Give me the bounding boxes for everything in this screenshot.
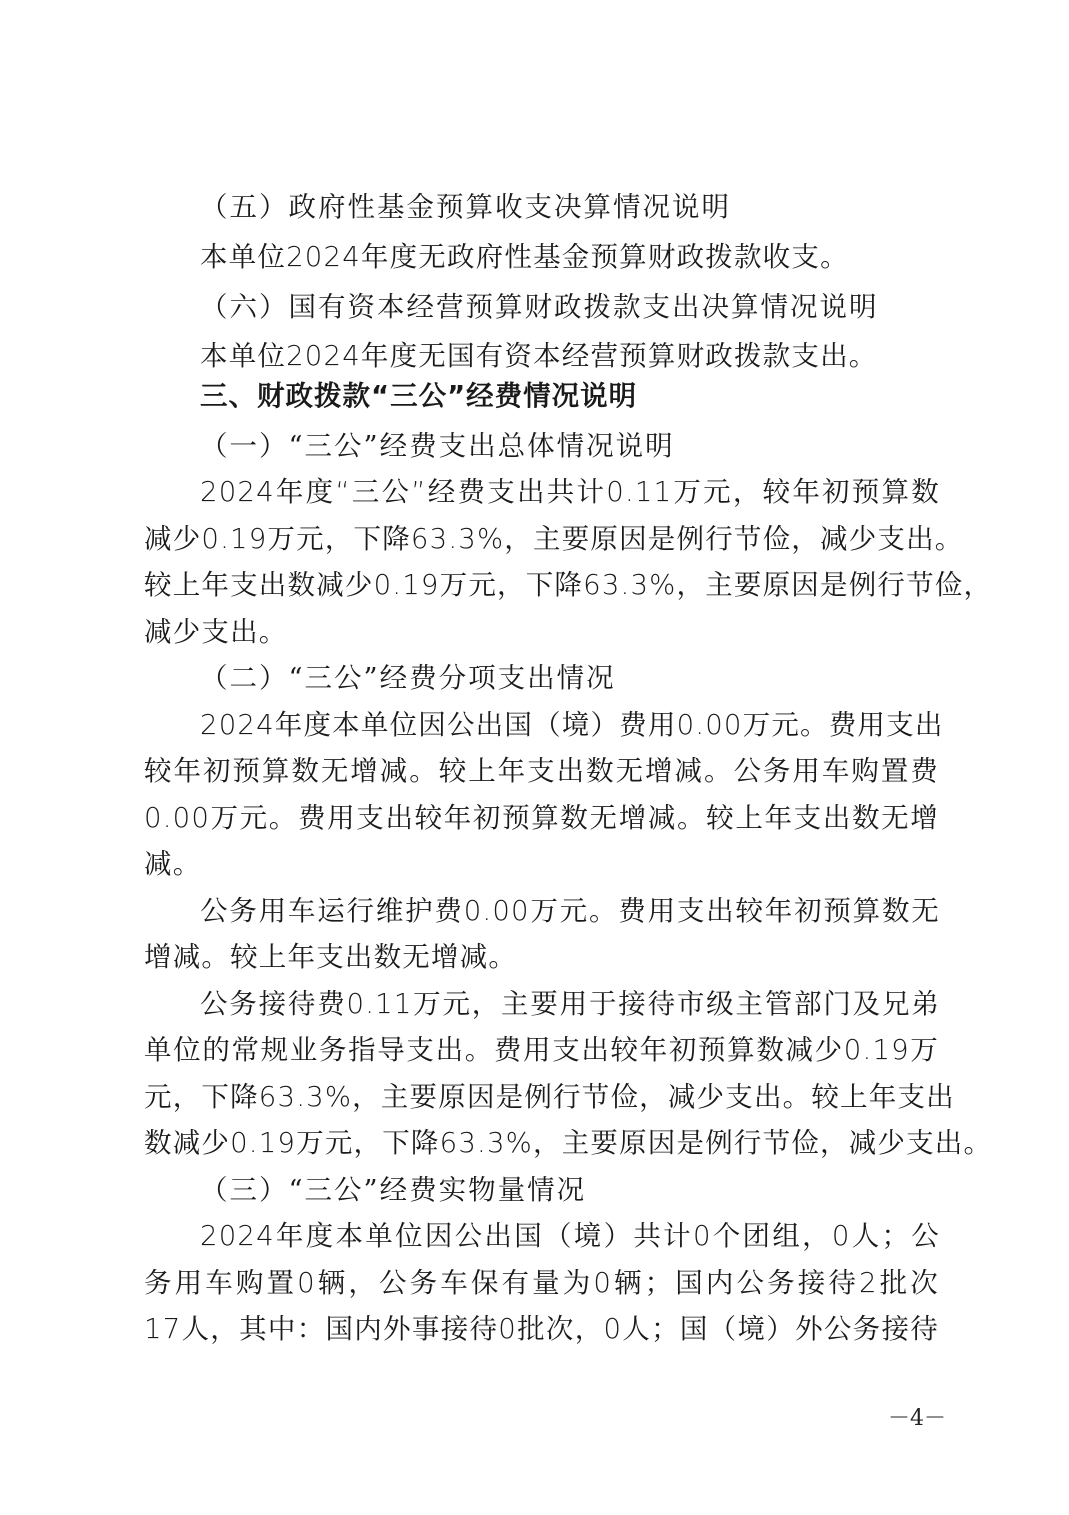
paragraph-line: 2024年度“三公”经费支出共计0.11万元，较年初预算数 [200, 474, 940, 510]
paragraph-line: 单位的常规业务指导支出。费用支出较年初预算数减少0.19万 [144, 1032, 939, 1068]
subheading-3-2: （二）“三公”经费分项支出情况 [200, 660, 940, 696]
paragraph-line: 减。 [144, 846, 939, 882]
section-heading-6: （六）国有资本经营预算财政拨款支出决算情况说明 [200, 289, 940, 325]
paragraph-line: 较年初预算数无增减。较上年支出数无增减。公务用车购置费 [144, 753, 939, 789]
paragraph-line: 务用车购置0辆，公务车保有量为0辆；国内公务接待2批次 [144, 1265, 939, 1301]
paragraph-line: 减少0.19万元，下降63.3%，主要原因是例行节俭，减少支出。 [144, 521, 939, 557]
paragraph-line: 2024年度本单位因公出国（境）共计0个团组，0人；公 [200, 1218, 940, 1254]
paragraph-line: 较上年支出数减少0.19万元，下降63.3%，主要原因是例行节俭， [144, 567, 939, 603]
paragraph-line: 0.00万元。费用支出较年初预算数无增减。较上年支出数无增 [144, 800, 939, 836]
paragraph-line: 2024年度本单位因公出国（境）费用0.00万元。费用支出 [200, 707, 940, 743]
paragraph-line: 元，下降63.3%，主要原因是例行节俭，减少支出。较上年支出 [144, 1079, 939, 1115]
section-heading-5: （五）政府性基金预算收支决算情况说明 [200, 189, 940, 225]
subheading-3-1: （一）“三公”经费支出总体情况说明 [200, 428, 940, 464]
page-number: －4－ [888, 1404, 946, 1434]
paragraph-line: 减少支出。 [144, 614, 939, 650]
subheading-3-3: （三）“三公”经费实物量情况 [200, 1172, 940, 1208]
paragraph-line: 公务接待费0.11万元，主要用于接待市级主管部门及兄弟 [200, 986, 940, 1022]
paragraph-line: 本单位2024年度无国有资本经营预算财政拨款支出。 [200, 338, 940, 374]
main-heading-three: 三、财政拨款“三公”经费情况说明 [200, 378, 940, 414]
paragraph-line: 17人，其中：国内外事接待0批次，0人；国（境）外公务接待 [144, 1311, 939, 1347]
document-page: （五）政府性基金预算收支决算情况说明 本单位2024年度无政府性基金预算财政拨款… [0, 0, 1069, 1515]
paragraph-line: 增减。较上年支出数无增减。 [144, 939, 939, 975]
paragraph-line: 数减少0.19万元，下降63.3%，主要原因是例行节俭，减少支出。 [144, 1125, 939, 1161]
paragraph-line: 公务用车运行维护费0.00万元。费用支出较年初预算数无 [200, 893, 940, 929]
paragraph-line: 本单位2024年度无政府性基金预算财政拨款收支。 [200, 239, 940, 275]
